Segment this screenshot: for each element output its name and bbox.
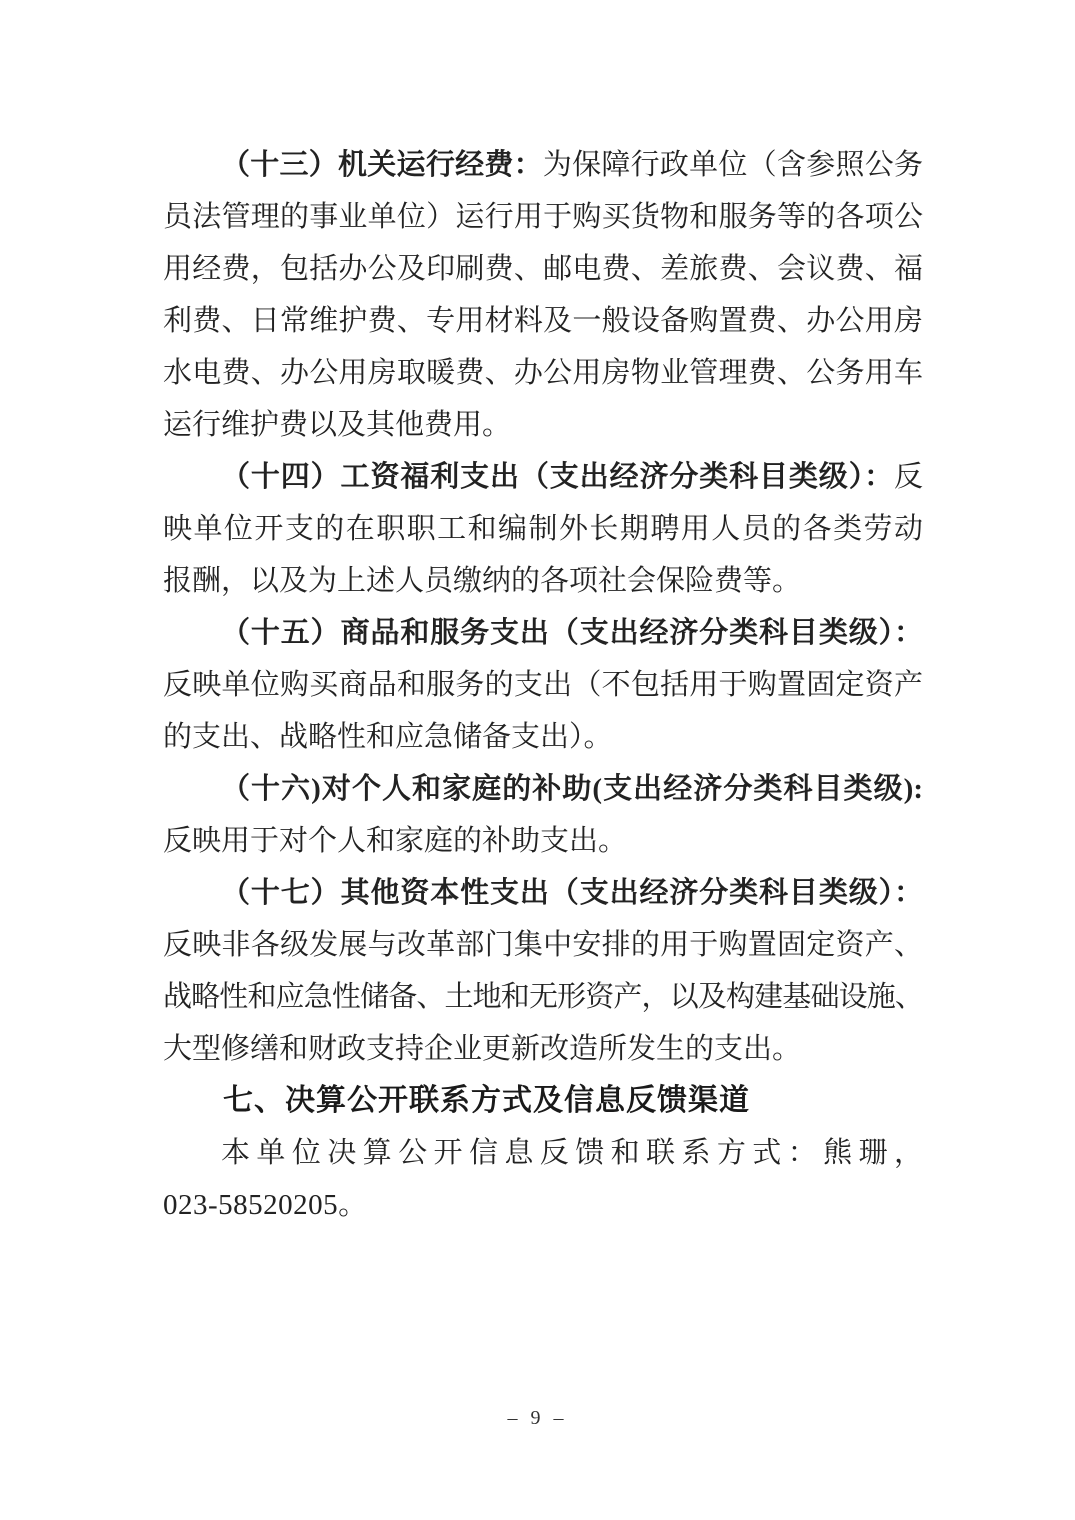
paragraph-13-text: 为保障行政单位（含参照公务: [543, 149, 923, 181]
paragraph-13-text: 运行维护费以及其他费用。: [163, 409, 511, 441]
paragraph-17-lead: （十七）其他资本性支出（支出经济分类科目类级）：: [221, 877, 923, 909]
text-line: 本单位决算公开信息反馈和联系方式：熊珊，: [163, 1127, 923, 1179]
text-line: 大型修缮和财政支持企业更新改造所发生的支出。: [163, 1023, 923, 1075]
document-body: （十三）机关运行经费：为保障行政单位（含参照公务 员法管理的事业单位）运行用于购…: [163, 139, 923, 1231]
text-line: 运行维护费以及其他费用。: [163, 399, 923, 451]
paragraph-14-text: 反: [894, 461, 923, 493]
paragraph-13-text: 用经费，包括办公及印刷费、邮电费、差旅费、会议费、福: [163, 253, 923, 285]
page-number: – 9 –: [0, 1398, 1075, 1438]
text-line: 反映单位购买商品和服务的支出（不包括用于购置固定资产: [163, 659, 923, 711]
paragraph-15-text: 反映单位购买商品和服务的支出（不包括用于购置固定资产: [163, 669, 923, 701]
text-line: 反映用于对个人和家庭的补助支出。: [163, 815, 923, 867]
text-line: 战略性和应急性储备、土地和无形资产，以及构建基础设施、: [163, 971, 923, 1023]
paragraph-14-text: 映单位开支的在职职工和编制外长期聘用人员的各类劳动: [163, 513, 923, 545]
text-line: 023-58520205。: [163, 1179, 923, 1231]
paragraph-15-text: 的支出、战略性和应急储备支出）。: [163, 721, 613, 753]
text-line: （十四）工资福利支出（支出经济分类科目类级）：反: [163, 451, 923, 503]
text-line: 水电费、办公用房取暖费、办公用房物业管理费、公务用车: [163, 347, 923, 399]
paragraph-14-lead: （十四）工资福利支出（支出经济分类科目类级）：: [221, 461, 894, 493]
text-line: （十七）其他资本性支出（支出经济分类科目类级）：: [163, 867, 923, 919]
text-line: 映单位开支的在职职工和编制外长期聘用人员的各类劳动: [163, 503, 923, 555]
paragraph-16-lead: （十六)对个人和家庭的补助(支出经济分类科目类级):: [221, 773, 923, 805]
paragraph-14-text: 报酬，以及为上述人员缴纳的各项社会保险费等。: [163, 565, 801, 597]
text-line: 利费、日常维护费、专用材料及一般设备购置费、办公用房: [163, 295, 923, 347]
contact-text: 本单位决算公开信息反馈和联系方式：熊珊，: [221, 1137, 923, 1169]
document-page: （十三）机关运行经费：为保障行政单位（含参照公务 员法管理的事业单位）运行用于购…: [0, 0, 1075, 1520]
paragraph-17-text: 反映非各级发展与改革部门集中安排的用于购置固定资产、: [163, 929, 923, 961]
text-line: 报酬，以及为上述人员缴纳的各项社会保险费等。: [163, 555, 923, 607]
text-line: 用经费，包括办公及印刷费、邮电费、差旅费、会议费、福: [163, 243, 923, 295]
paragraph-13-text: 利费、日常维护费、专用材料及一般设备购置费、办公用房: [163, 305, 923, 337]
paragraph-17-text: 战略性和应急性储备、土地和无形资产，以及构建基础设施、: [163, 981, 923, 1013]
text-line: （十五）商品和服务支出（支出经济分类科目类级）：: [163, 607, 923, 659]
paragraph-13-lead: （十三）机关运行经费：: [221, 149, 543, 181]
paragraph-13-text: 水电费、办公用房取暖费、办公用房物业管理费、公务用车: [163, 357, 923, 389]
paragraph-13-text: 员法管理的事业单位）运行用于购买货物和服务等的各项公: [163, 201, 923, 233]
paragraph-17-text: 大型修缮和财政支持企业更新改造所发生的支出。: [163, 1033, 801, 1065]
section-heading: 七、决算公开联系方式及信息反馈渠道: [163, 1075, 923, 1127]
text-line: 员法管理的事业单位）运行用于购买货物和服务等的各项公: [163, 191, 923, 243]
text-line: （十六)对个人和家庭的补助(支出经济分类科目类级):: [163, 763, 923, 815]
text-line: （十三）机关运行经费：为保障行政单位（含参照公务: [163, 139, 923, 191]
text-line: 反映非各级发展与改革部门集中安排的用于购置固定资产、: [163, 919, 923, 971]
text-line: 的支出、战略性和应急储备支出）。: [163, 711, 923, 763]
paragraph-15-lead: （十五）商品和服务支出（支出经济分类科目类级）：: [221, 617, 923, 649]
contact-phone: 023-58520205。: [163, 1189, 368, 1221]
paragraph-16-text: 反映用于对个人和家庭的补助支出。: [163, 825, 627, 857]
